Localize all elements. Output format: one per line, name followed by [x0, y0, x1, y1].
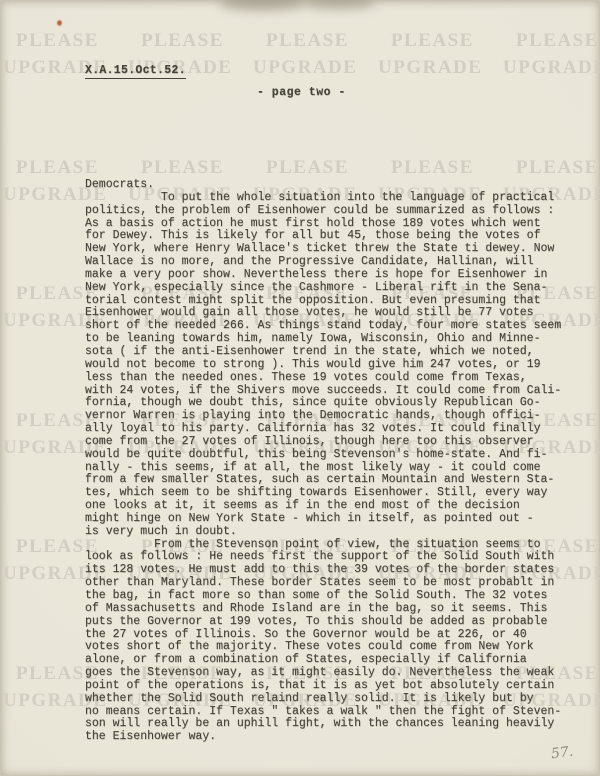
watermark-text: UPGRADE: [250, 57, 375, 79]
watermark-text: PLEASE: [125, 30, 250, 52]
watermark-text: PLEASE: [250, 30, 375, 52]
watermark-text: PLEASE: [500, 157, 600, 179]
watermark-text: PLEASE: [250, 157, 375, 179]
handwritten-page-number: 57.: [550, 744, 574, 763]
scanned-typescript-page: PLEASEPLEASEPLEASEPLEASEPLEASEUPGRADEUPG…: [0, 0, 600, 776]
watermark-text: UPGRADE: [375, 57, 500, 79]
watermark-text: PLEASE: [500, 30, 600, 52]
scan-smudge-left: [220, 0, 305, 11]
body-text: Democrats. To put the whole situation in…: [85, 179, 561, 744]
watermark-text: PLEASE: [125, 157, 250, 179]
page-label: - page two -: [257, 86, 346, 99]
watermark-text: PLEASE: [375, 157, 500, 179]
document-reference: X.A.15.Oct.52.: [85, 64, 186, 79]
watermark-text: UPGRADE: [500, 57, 600, 79]
scan-smudge-right: [303, 0, 375, 10]
watermark-text: PLEASE: [0, 157, 125, 179]
watermark-text: PLEASE: [375, 30, 500, 52]
ink-speck: [57, 20, 62, 26]
watermark-text: PLEASE: [0, 30, 125, 52]
